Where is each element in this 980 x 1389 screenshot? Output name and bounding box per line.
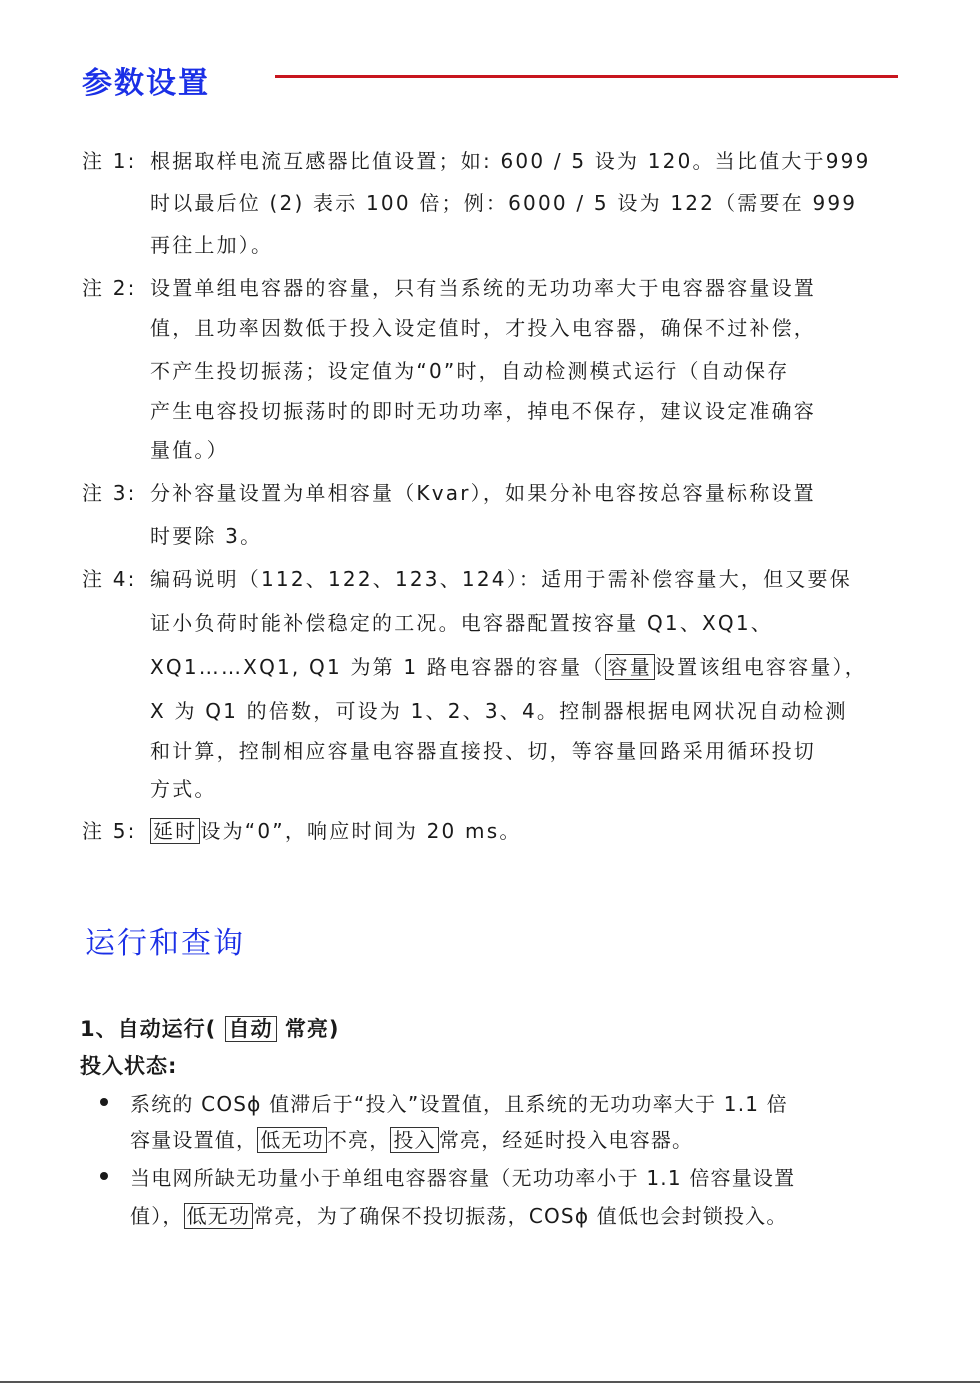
bullet-dot-icon [100, 1172, 108, 1180]
note-line: 和计算，控制相应容量电容器直接投、切，等容量回路采用循环投切 [150, 735, 816, 764]
note-line: 证小负荷时能补偿稳定的工况。电容器配置按容量 Q1、XQ1、 [150, 607, 773, 636]
boxed-key-delay: 延时 [150, 818, 200, 844]
note-line: 产生电容投切振荡时的即时无功功率，掉电不保存，建议设定准确容 [150, 395, 816, 424]
note-line: 分补容量设置为单相容量（Kvar），如果分补电容按总容量标称设置 [150, 477, 816, 506]
note-label: 注 2: [82, 272, 137, 301]
bullet-line: 系统的 COSϕ 值滞后于“投入”设置值，且系统的无功功率大于 1.1 倍 [130, 1088, 788, 1117]
text: 常亮，为了确保不投切振荡，COSϕ 值低也会封锁投入。 [253, 1204, 787, 1228]
status-label-switch-in: 投入状态: [80, 1050, 177, 1080]
note-line: 编码说明（112、122、123、124）：适用于需补偿容量大，但又要保 [150, 563, 852, 592]
note-label: 注 4: [82, 563, 137, 592]
note-line: 时要除 3。 [150, 520, 262, 549]
note-line: 方式。 [150, 773, 217, 802]
note-line-with-box: XQ1……XQ1, Q1 为第 1 路电容器的容量（容量设置该组电容容量）， [150, 651, 867, 680]
boxed-indicator-switch-in: 投入 [390, 1127, 438, 1153]
page-bottom-rule [0, 1381, 980, 1383]
text: XQ1……XQ1, Q1 为第 1 路电容器的容量（ [150, 655, 605, 679]
note-line: 不产生投切振荡；设定值为“0”时，自动检测模式运行（自动保存 [150, 355, 789, 384]
boxed-indicator-auto: 自动 [225, 1016, 277, 1042]
text: 设置该组电容容量）， [655, 655, 867, 679]
boxed-key-capacity: 容量 [605, 654, 655, 680]
bullet-line-with-boxes: 容量设置值，低无功不亮，投入常亮，经延时投入电容器。 [130, 1124, 693, 1153]
subsection-heading-auto-run: 1、自动运行( 自动 常亮) [80, 1013, 339, 1043]
bullet-dot-icon [100, 1098, 108, 1106]
text: 值）， [130, 1204, 184, 1228]
note-line: 再往上加）。 [150, 229, 273, 258]
section-title-operation-query: 运行和查询 [85, 918, 245, 962]
note-line: 根据取样电流互感器比值设置；如: 600 / 5 设为 120。当比值大于999 [150, 145, 871, 174]
title-divider-rule [275, 75, 898, 78]
text: 1、自动运行( [80, 1017, 216, 1041]
note-line: 量值。） [150, 434, 229, 463]
note-label: 注 1: [82, 145, 137, 174]
note-line: 时以最后位 (2) 表示 100 倍；例：6000 / 5 设为 122（需要在… [150, 187, 857, 216]
text: 设为“0”，响应时间为 20 ms。 [200, 819, 521, 843]
text: 常亮，经延时投入电容器。 [439, 1128, 693, 1152]
text: 不亮， [327, 1128, 391, 1152]
bullet-line-with-boxes: 值），低无功常亮，为了确保不投切振荡，COSϕ 值低也会封锁投入。 [130, 1200, 788, 1229]
note-label: 注 3: [82, 477, 137, 506]
section-title-parameter-settings: 参数设置 [82, 58, 210, 102]
note-line: 设置单组电容器的容量，只有当系统的无功功率大于电容器容量设置 [150, 272, 816, 301]
boxed-indicator-low-reactive: 低无功 [257, 1127, 327, 1153]
text: 容量设置值， [130, 1128, 257, 1152]
bullet-line: 当电网所缺无功量小于单组电容器容量（无功功率小于 1.1 倍容量设置 [130, 1162, 795, 1191]
boxed-indicator-low-reactive: 低无功 [184, 1203, 254, 1229]
note-line: X 为 Q1 的倍数，可设为 1、2、3、4。控制器根据电网状况自动检测 [150, 695, 848, 724]
note-line-with-box: 延时设为“0”，响应时间为 20 ms。 [150, 815, 522, 844]
note-label: 注 5: [82, 815, 137, 844]
note-line: 值，且功率因数低于投入设定值时，才投入电容器，确保不过补偿， [150, 312, 816, 341]
text: 常亮) [285, 1017, 340, 1041]
